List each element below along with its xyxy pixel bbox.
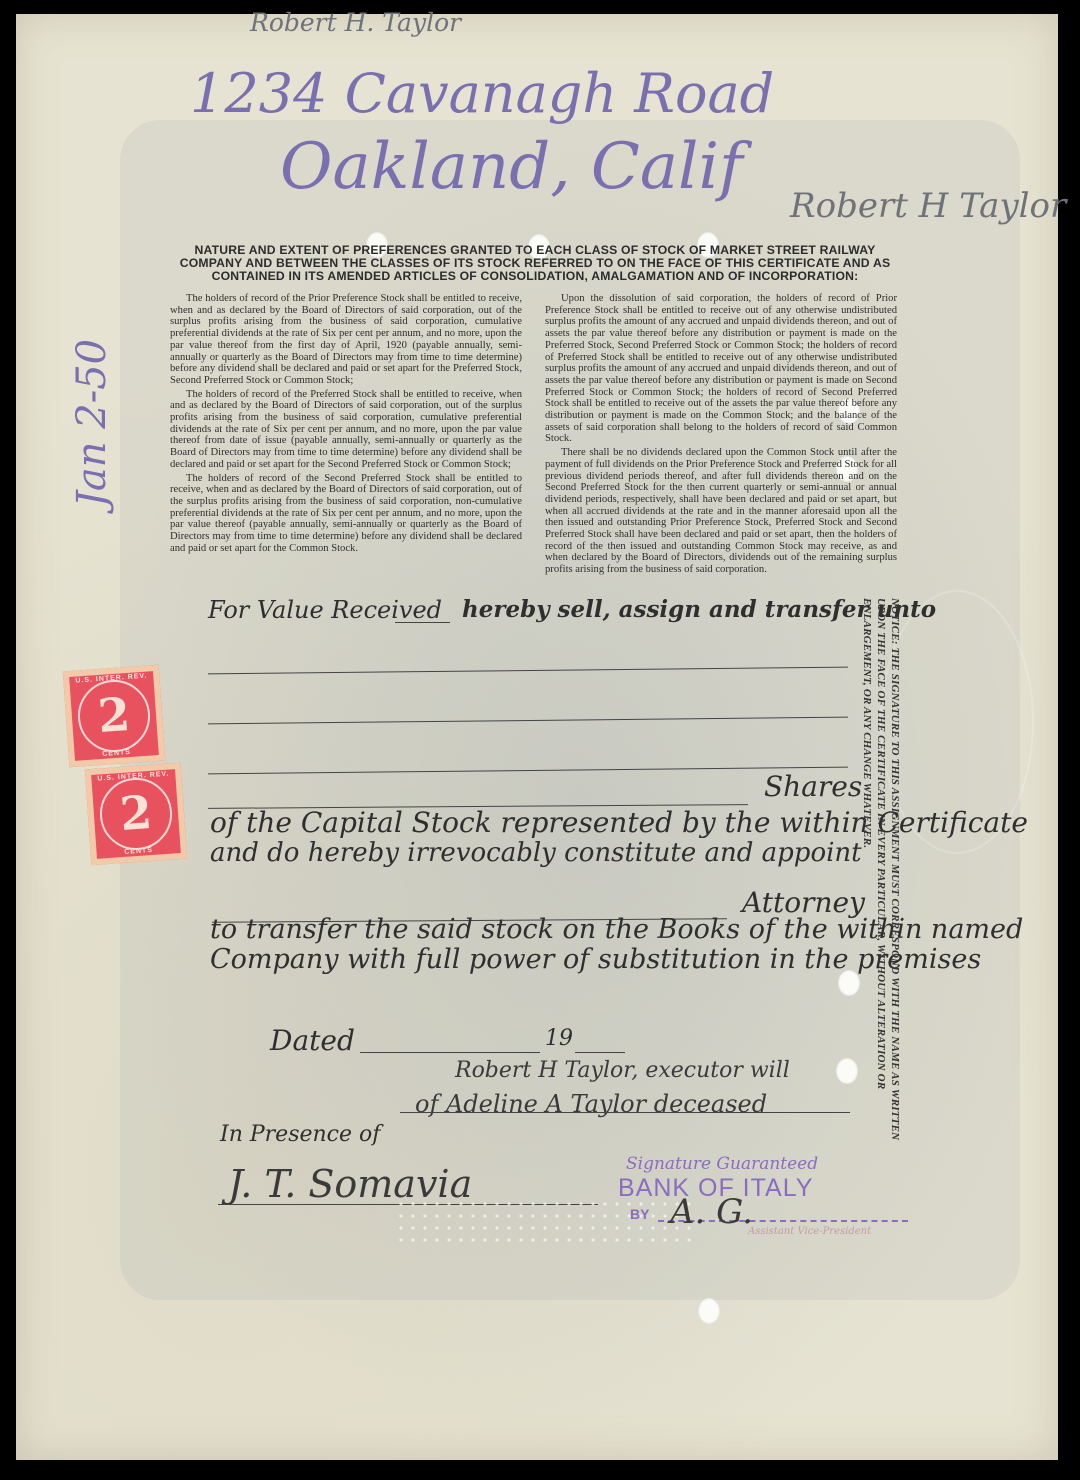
handwritten-address-line2: Oakland, Calif: [280, 130, 743, 204]
signature-notice: NOTICE: THE SIGNATURE TO THIS ASSIGNMENT…: [856, 598, 902, 1168]
punch-hole: [698, 1298, 720, 1324]
perforation-cancel: [395, 1198, 695, 1248]
by-label: BY: [630, 1206, 649, 1222]
paragraph-common-dividends: There shall be no dividends declared upo…: [545, 447, 897, 576]
paragraph-dissolution: Upon the dissolution of said corporation…: [545, 293, 897, 445]
revenue-stamp-2: U.S. INTER. REV. 2 CENTS: [85, 763, 187, 865]
signature-line[interactable]: [400, 1112, 850, 1113]
year-line[interactable]: [575, 1052, 625, 1053]
for-value-received: For Value Received: [208, 596, 442, 624]
handwritten-name: Robert H. Taylor: [250, 8, 461, 37]
capital-stock-text: of the Capital Stock represented by the …: [210, 806, 1028, 839]
in-presence-label: In Presence of: [220, 1122, 380, 1147]
paragraph-prior-preference: The holders of record of the Prior Prefe…: [170, 293, 522, 387]
stamp-value: 2: [70, 685, 158, 745]
blank-line: [395, 622, 450, 623]
revenue-stamp-1: U.S. INTER. REV. 2 CENTS: [63, 665, 165, 767]
right-column: Upon the dissolution of said corporation…: [545, 293, 897, 578]
officer-title: Assistant Vice-President: [748, 1226, 871, 1237]
handwritten-address-line1: 1234 Cavanagh Road: [190, 62, 774, 125]
executor-signature-line1: Robert H Taylor, executor will: [455, 1058, 790, 1083]
stamp-value: 2: [92, 783, 180, 843]
preferences-heading: NATURE AND EXTENT OF PREFERENCES GRANTED…: [170, 244, 900, 283]
officer-signature: A. G.: [670, 1192, 753, 1232]
constitute-text: and do hereby irrevocably constitute and…: [210, 838, 862, 868]
dated-label: Dated: [270, 1024, 355, 1057]
bank-guarantee-stamp: Signature Guaranteed BANK OF ITALY BY A.…: [618, 1154, 818, 1202]
executor-signature-line2: of Adeline A Taylor deceased: [415, 1090, 767, 1118]
date-line[interactable]: [360, 1052, 540, 1053]
shares-label: Shares: [764, 770, 862, 803]
signature-guaranteed-label: Signature Guaranteed: [626, 1154, 818, 1174]
handwritten-signature: Robert H Taylor: [790, 186, 1066, 226]
margin-note: Jan 2-50: [69, 339, 115, 507]
year-prefix: 19: [545, 1026, 573, 1051]
punch-hole: [836, 1058, 858, 1084]
left-column: The holders of record of the Prior Prefe…: [170, 293, 522, 556]
paragraph-preferred: The holders of record of the Preferred S…: [170, 389, 522, 471]
paragraph-second-preferred: The holders of record of the Second Pref…: [170, 473, 522, 555]
